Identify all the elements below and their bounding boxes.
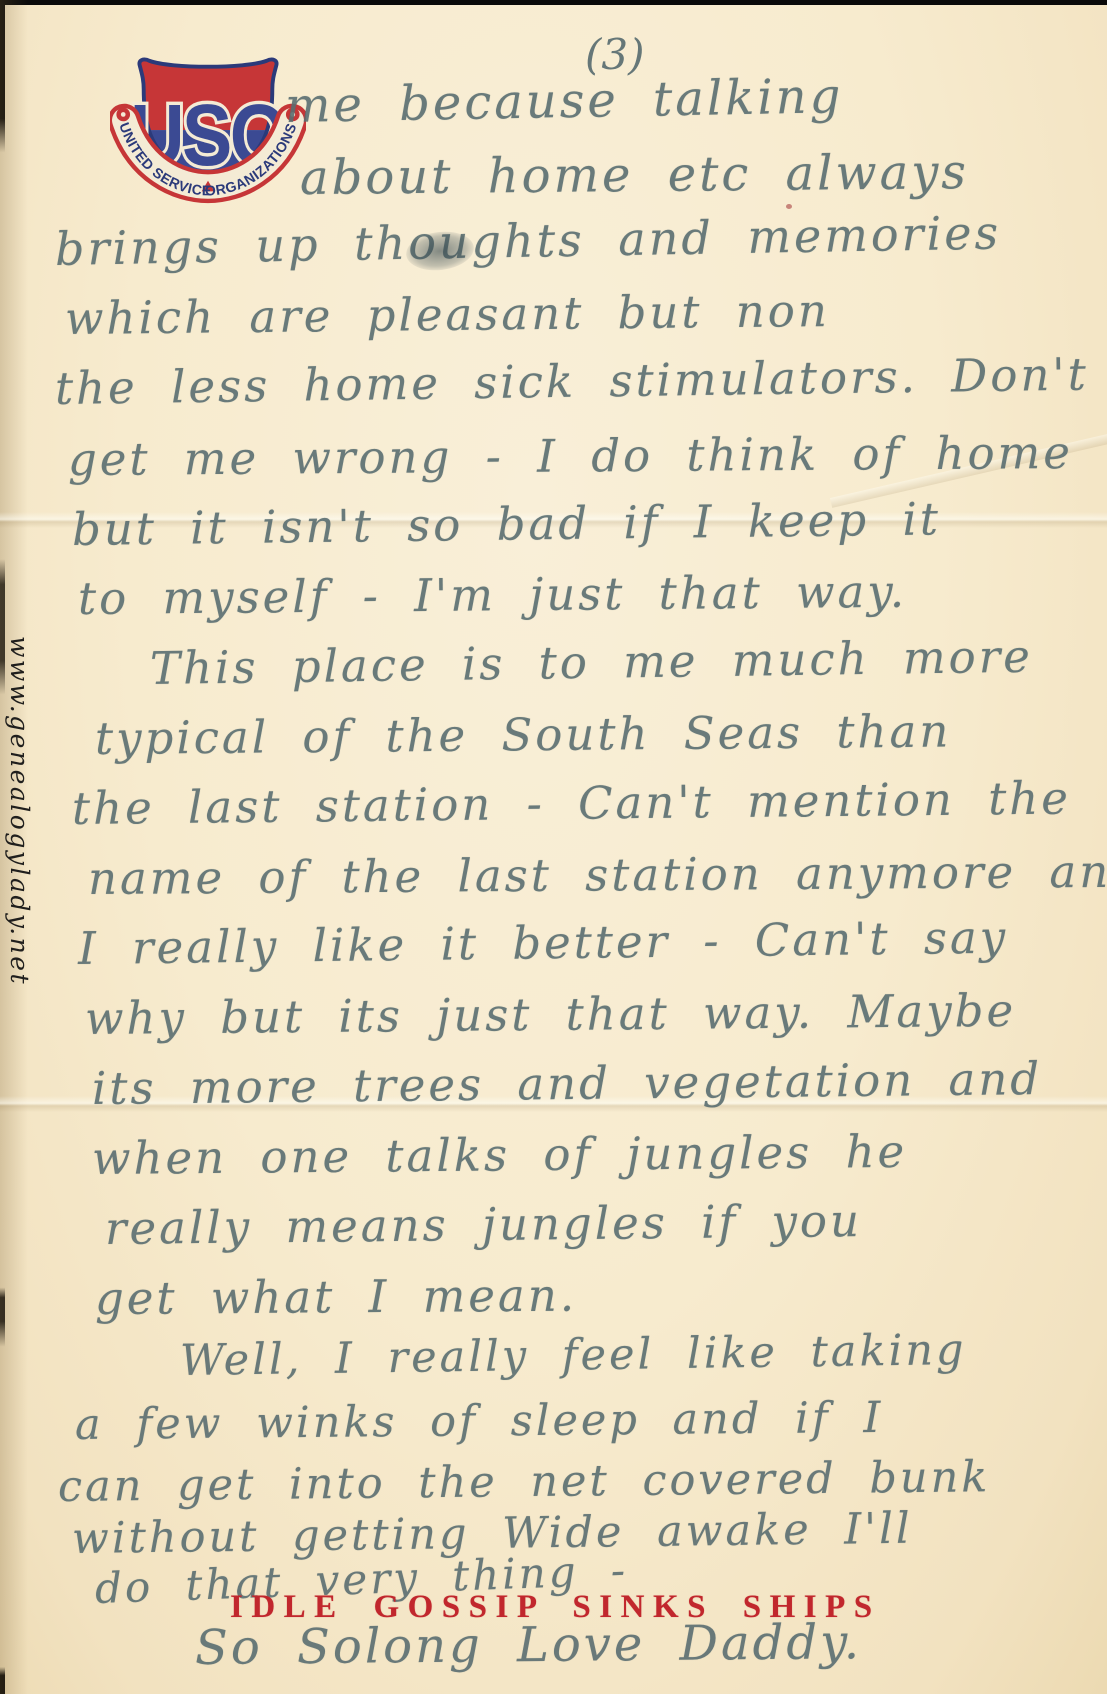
handwriting-line: me because talking — [285, 68, 844, 134]
handwriting-line: typical of the South Seas than — [95, 705, 952, 765]
handwriting-line: but it isn't so bad if I keep it — [72, 492, 942, 556]
handwriting-line: I really like it better - Can't say — [78, 911, 1009, 975]
handwriting-line: get what I mean. — [95, 1269, 577, 1325]
handwriting-line: when one talks of jungles he — [92, 1125, 908, 1185]
printed-slogan: IDLE GOSSIP SINKS SHIPS — [230, 1589, 881, 1626]
letter-page: USO UNITED SERVICE ORGANIZATIONS (3) me … — [0, 0, 1107, 1694]
handwriting-line: which are pleasant but non — [65, 284, 830, 345]
handwriting-line: name of the last station anymore and — [88, 845, 1107, 905]
handwriting-line: Well, I really feel like taking — [180, 1325, 967, 1386]
handwriting-line: get me wrong - I do think of home lots — [68, 425, 1107, 486]
handwriting-line: the last station - Can't mention the — [72, 772, 1071, 835]
handwriting-line: about home etc always — [300, 144, 969, 206]
uso-logo: USO UNITED SERVICE ORGANIZATIONS — [110, 56, 306, 208]
handwriting-line: to myself - I'm just that way. — [78, 565, 908, 625]
handwriting-line: can get into the net covered bunk — [58, 1452, 991, 1512]
handwriting-line: its more trees and vegetation and — [92, 1052, 1043, 1115]
watermark-url: www.genealogylady.net — [5, 636, 34, 986]
handwriting-line: why but its just that way. Maybe — [85, 984, 1017, 1045]
handwriting-line: really means jungles if you — [105, 1194, 862, 1255]
handwriting-line: the less home sick stimulators. Don't — [55, 348, 1090, 415]
ribbon-curl-left-center — [121, 112, 126, 117]
scan-edge-top — [0, 0, 1107, 5]
handwriting-line: brings up thoughts and memories — [55, 205, 1002, 276]
handwriting-line: a few winks of sleep and if I — [75, 1393, 884, 1450]
handwriting-line: This place is to me much more — [150, 630, 1034, 695]
